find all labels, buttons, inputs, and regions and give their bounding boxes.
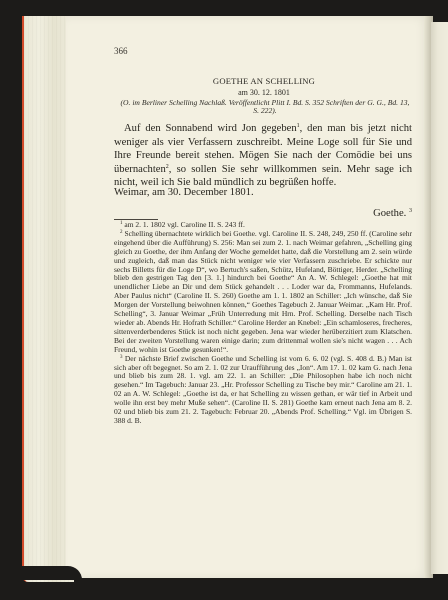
footnote-number: 3	[120, 355, 123, 360]
letter-signature: Goethe. 3	[114, 208, 412, 219]
letter-body-part-1: Auf den Sonnabend wird Jon gegeben	[124, 123, 297, 134]
letter-place-date: Weimar, am 30. December 1801.	[114, 187, 254, 198]
footnote-number: 2	[120, 230, 123, 235]
page-number: 366	[114, 46, 128, 56]
footnote-2: 2 Schelling übernachtete wirklich bei Go…	[114, 230, 412, 355]
signature-name: Goethe.	[373, 208, 406, 219]
footnote-text: Schelling übernachtete wirklich bei Goet…	[114, 229, 412, 354]
page-curl-shadow	[22, 566, 82, 580]
letter-date: am 30. 12. 1801	[114, 88, 414, 97]
letter-body: Auf den Sonnabend wird Jon gegeben1, den…	[114, 122, 412, 190]
footnote-number: 1	[120, 221, 123, 226]
footnote-text: Der nächste Brief zwischen Goethe und Sc…	[114, 354, 412, 425]
footnote-ref-3: 3	[409, 208, 412, 214]
facing-page-edge	[431, 22, 448, 574]
book-photo-scene: 366 GOETHE AN SCHELLING am 30. 12. 1801 …	[0, 0, 448, 600]
letter-heading: GOETHE AN SCHELLING	[114, 76, 414, 86]
footnotes: 1 am 2. 1. 1802 vgl. Caroline II. S. 243…	[114, 221, 412, 426]
footnote-text: am 2. 1. 1802 vgl. Caroline II. S. 243 f…	[124, 220, 244, 229]
source-note: (O. im Berliner Schelling Nachlaß. Veröf…	[120, 99, 410, 116]
footnote-3: 3 Der nächste Brief zwischen Goethe und …	[114, 355, 412, 426]
